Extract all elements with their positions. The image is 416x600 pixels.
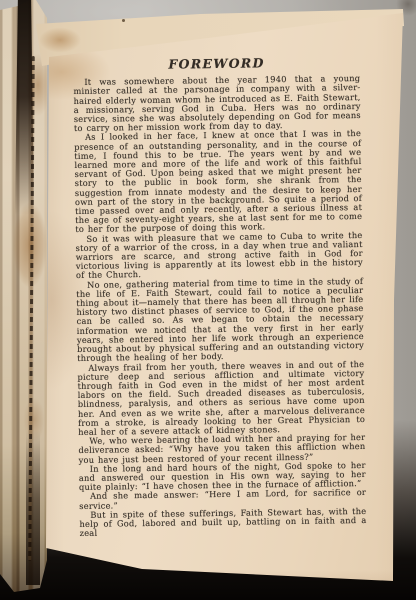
- paragraph: So it was with pleasure that we came to …: [75, 231, 363, 281]
- paragraph: As I looked in her face, I knew at once …: [74, 129, 362, 234]
- paper-speck: [122, 19, 125, 22]
- book-photo-background: FOREWORD It was somewhere about the year…: [0, 0, 416, 600]
- foreword-text-block: FOREWORD It was somewhere about the year…: [73, 57, 367, 538]
- foreword-heading: FOREWORD: [73, 57, 360, 70]
- book-page: FOREWORD It was somewhere about the year…: [0, 0, 416, 600]
- paragraph: It was somewhere about the year 1940 tha…: [73, 74, 361, 133]
- paragraph: No one, gathering material from time to …: [76, 277, 364, 364]
- paragraph: Always frail from her youth, there weave…: [77, 359, 365, 437]
- paragraph: But in spite of these sufferings, Faith …: [79, 507, 366, 539]
